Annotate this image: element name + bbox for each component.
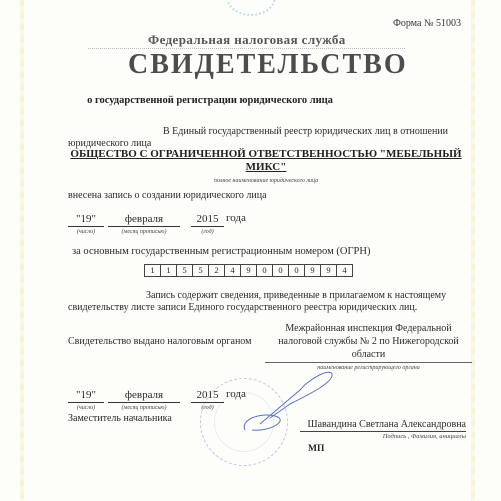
issue-date-year: 2015: [191, 389, 224, 403]
company-name-caption: полное наименование юридического лица: [70, 178, 462, 184]
ogrn-digit: 1: [161, 265, 177, 276]
certificate-page: Форма № 51003 Федеральная налоговая служ…: [0, 0, 501, 501]
issue-day-caption: (число): [68, 405, 104, 411]
document-subtitle: о государственной регистрации юридическо…: [0, 95, 420, 106]
issue-date-month: февраля: [108, 389, 180, 403]
record-text-line2: свидетельству листе записи Единого госуд…: [68, 302, 417, 313]
agency-name: Федеральная налоговая служба: [148, 32, 346, 48]
ogrn-digit: 0: [273, 265, 289, 276]
entry-date-suffix: года: [226, 212, 246, 224]
ogrn-label: за основным государственным регистрацион…: [72, 246, 370, 257]
ogrn-digit: 4: [225, 265, 241, 276]
issue-month-caption: (месяц прописью): [108, 405, 180, 411]
company-name: ОБЩЕСТВО С ОГРАНИЧЕННОЙ ОТВЕТСТВЕННОСТЬЮ…: [70, 148, 462, 174]
entry-text: внесена запись о создании юридического л…: [68, 190, 267, 201]
ogrn-number: 1 1 5 5 2 4 9 0 0 0 9 9 4: [144, 264, 353, 277]
intro-text-line1: В Единый государственный реестр юридичес…: [163, 126, 448, 137]
entry-date-year: 2015: [191, 213, 224, 227]
emblem-icon: [226, 0, 276, 16]
ogrn-digit: 9: [305, 265, 321, 276]
entry-day-caption: (число): [68, 229, 104, 235]
ogrn-digit: 5: [177, 265, 193, 276]
record-text-line1: Запись содержит сведения, приведенные в …: [146, 290, 446, 301]
signer-position: Заместитель начальника: [68, 413, 172, 424]
ogrn-digit: 1: [145, 265, 161, 276]
issue-year-caption: (год): [191, 405, 224, 411]
form-number: Форма № 51003: [393, 18, 461, 29]
ogrn-digit: 0: [289, 265, 305, 276]
seal-mark: МП: [308, 444, 324, 454]
ogrn-digit: 5: [193, 265, 209, 276]
document-title: СВИДЕТЕЛЬСТВО: [128, 49, 408, 81]
ogrn-digit: 2: [209, 265, 225, 276]
signer-name: Шавандина Светлана Александровна: [300, 419, 466, 432]
authority-name: Межрайонная инспекция Федеральной налого…: [265, 322, 472, 361]
entry-date-day: "19": [68, 213, 104, 227]
ogrn-digit: 9: [321, 265, 337, 276]
ogrn-digit: 0: [257, 265, 273, 276]
ogrn-digit: 4: [337, 265, 352, 276]
ogrn-digit: 9: [241, 265, 257, 276]
issue-date-day: "19": [68, 389, 104, 403]
signer-caption: Подпись , Фамилия, инициалы: [300, 433, 466, 440]
entry-month-caption: (месяц прописью): [108, 229, 180, 235]
entry-year-caption: (год): [191, 229, 224, 235]
entry-date-month: февраля: [108, 213, 180, 227]
ornamental-border-left: [20, 0, 24, 501]
issued-by-label: Свидетельство выдано налоговым органом: [68, 336, 251, 347]
ornamental-border-right: [471, 0, 475, 501]
